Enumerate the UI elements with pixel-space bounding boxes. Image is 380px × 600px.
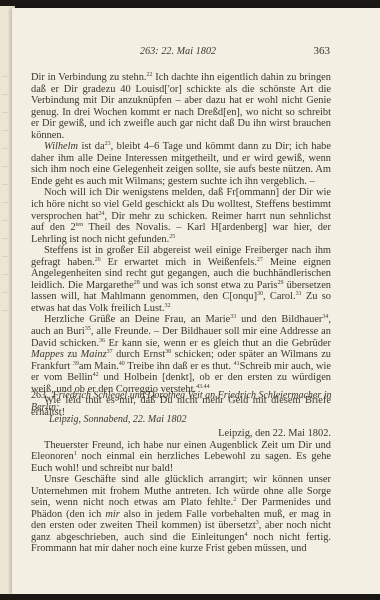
book-page: 263: 22. Mai 1802 363 Dir in Verbindung …: [12, 8, 380, 594]
italic-text: Mainz: [81, 349, 107, 360]
letter-262-continuation: Dir in Verbindung zu stehn.22 Ich dachte…: [31, 72, 331, 418]
scan-bottom-border: [0, 594, 380, 600]
text-run: zu: [64, 349, 81, 360]
page-number: 363: [314, 45, 331, 57]
text-run: ist da: [78, 141, 105, 152]
text-run: am Main.: [79, 361, 119, 372]
text-run: Treibe ihn daß er es thut.: [125, 361, 234, 372]
letter-263-body: Leipzig, den 22. Mai 1802. Theuerster Fr…: [31, 428, 331, 555]
letter-heading-place-date: Leipzig, Sonnabend, 22. Mai 1802: [31, 414, 336, 426]
italic-text: Wilhelm: [44, 141, 78, 152]
paragraph: Theuerster Freund, ich habe nur einen Au…: [31, 440, 331, 475]
text-run: Herzliche Grüße an Deine Frau, an Marie: [44, 314, 230, 325]
paragraph: Wilhelm ist da23, bleibt 4–6 Tage und kö…: [31, 141, 331, 187]
letter-heading-correspondents: Friedrich Schlegel und Dorothea Veit an …: [31, 390, 332, 413]
dateline: Leipzig, den 22. Mai 1802.: [31, 428, 331, 440]
text-run: noch einmal ein herzliches Lebewohl zu s…: [31, 451, 331, 474]
text-run: Er kann sie, wenn er es gleich thut an d…: [105, 338, 331, 349]
text-run: und was ich sonst etwa zu Paris: [140, 280, 278, 291]
text-run: durch Ernst: [113, 349, 166, 360]
paragraph: Noch will ich Dir wenigstens melden, daß…: [31, 187, 331, 245]
italic-text: mir: [105, 509, 119, 520]
paragraph: Herzliche Grüße an Deine Frau, an Marie3…: [31, 314, 331, 395]
paragraph: Dir in Verbindung zu stehn.22 Ich dachte…: [31, 72, 331, 141]
footnote-marker: ten: [76, 222, 83, 228]
footnote-marker: 32: [165, 303, 171, 309]
letter-number: 263.: [31, 390, 49, 401]
scan-top-border: [0, 0, 380, 8]
letter-heading: 263.Friedrich Schlegel und Dorothea Veit…: [31, 390, 336, 426]
footnote-marker: 25: [169, 234, 175, 240]
text-run: , Carol.: [263, 291, 296, 302]
italic-text: Mappes: [31, 349, 64, 360]
paragraph: Steffens ist in großer Eil abgereist wei…: [31, 245, 331, 314]
footnote-marker: 43.44: [196, 384, 210, 390]
text-run: Dir in Verbindung zu stehn.: [31, 72, 147, 83]
letter-heading-line1: 263.Friedrich Schlegel und Dorothea Veit…: [31, 390, 336, 414]
letter-263-paragraphs: Theuerster Freund, ich habe nur einen Au…: [31, 440, 331, 555]
running-head: 263: 22. Mai 1802 363: [12, 46, 380, 60]
running-head-title: 263: 22. Mai 1802: [140, 46, 216, 57]
paragraph: Unsre Geschäfte sind alle glücklich arra…: [31, 474, 331, 555]
text-run: Er erwartet mich in Weißenfels.: [101, 257, 257, 268]
text-run: und den Bildhauer: [236, 314, 322, 325]
page-edge-marks: [2, 66, 8, 326]
